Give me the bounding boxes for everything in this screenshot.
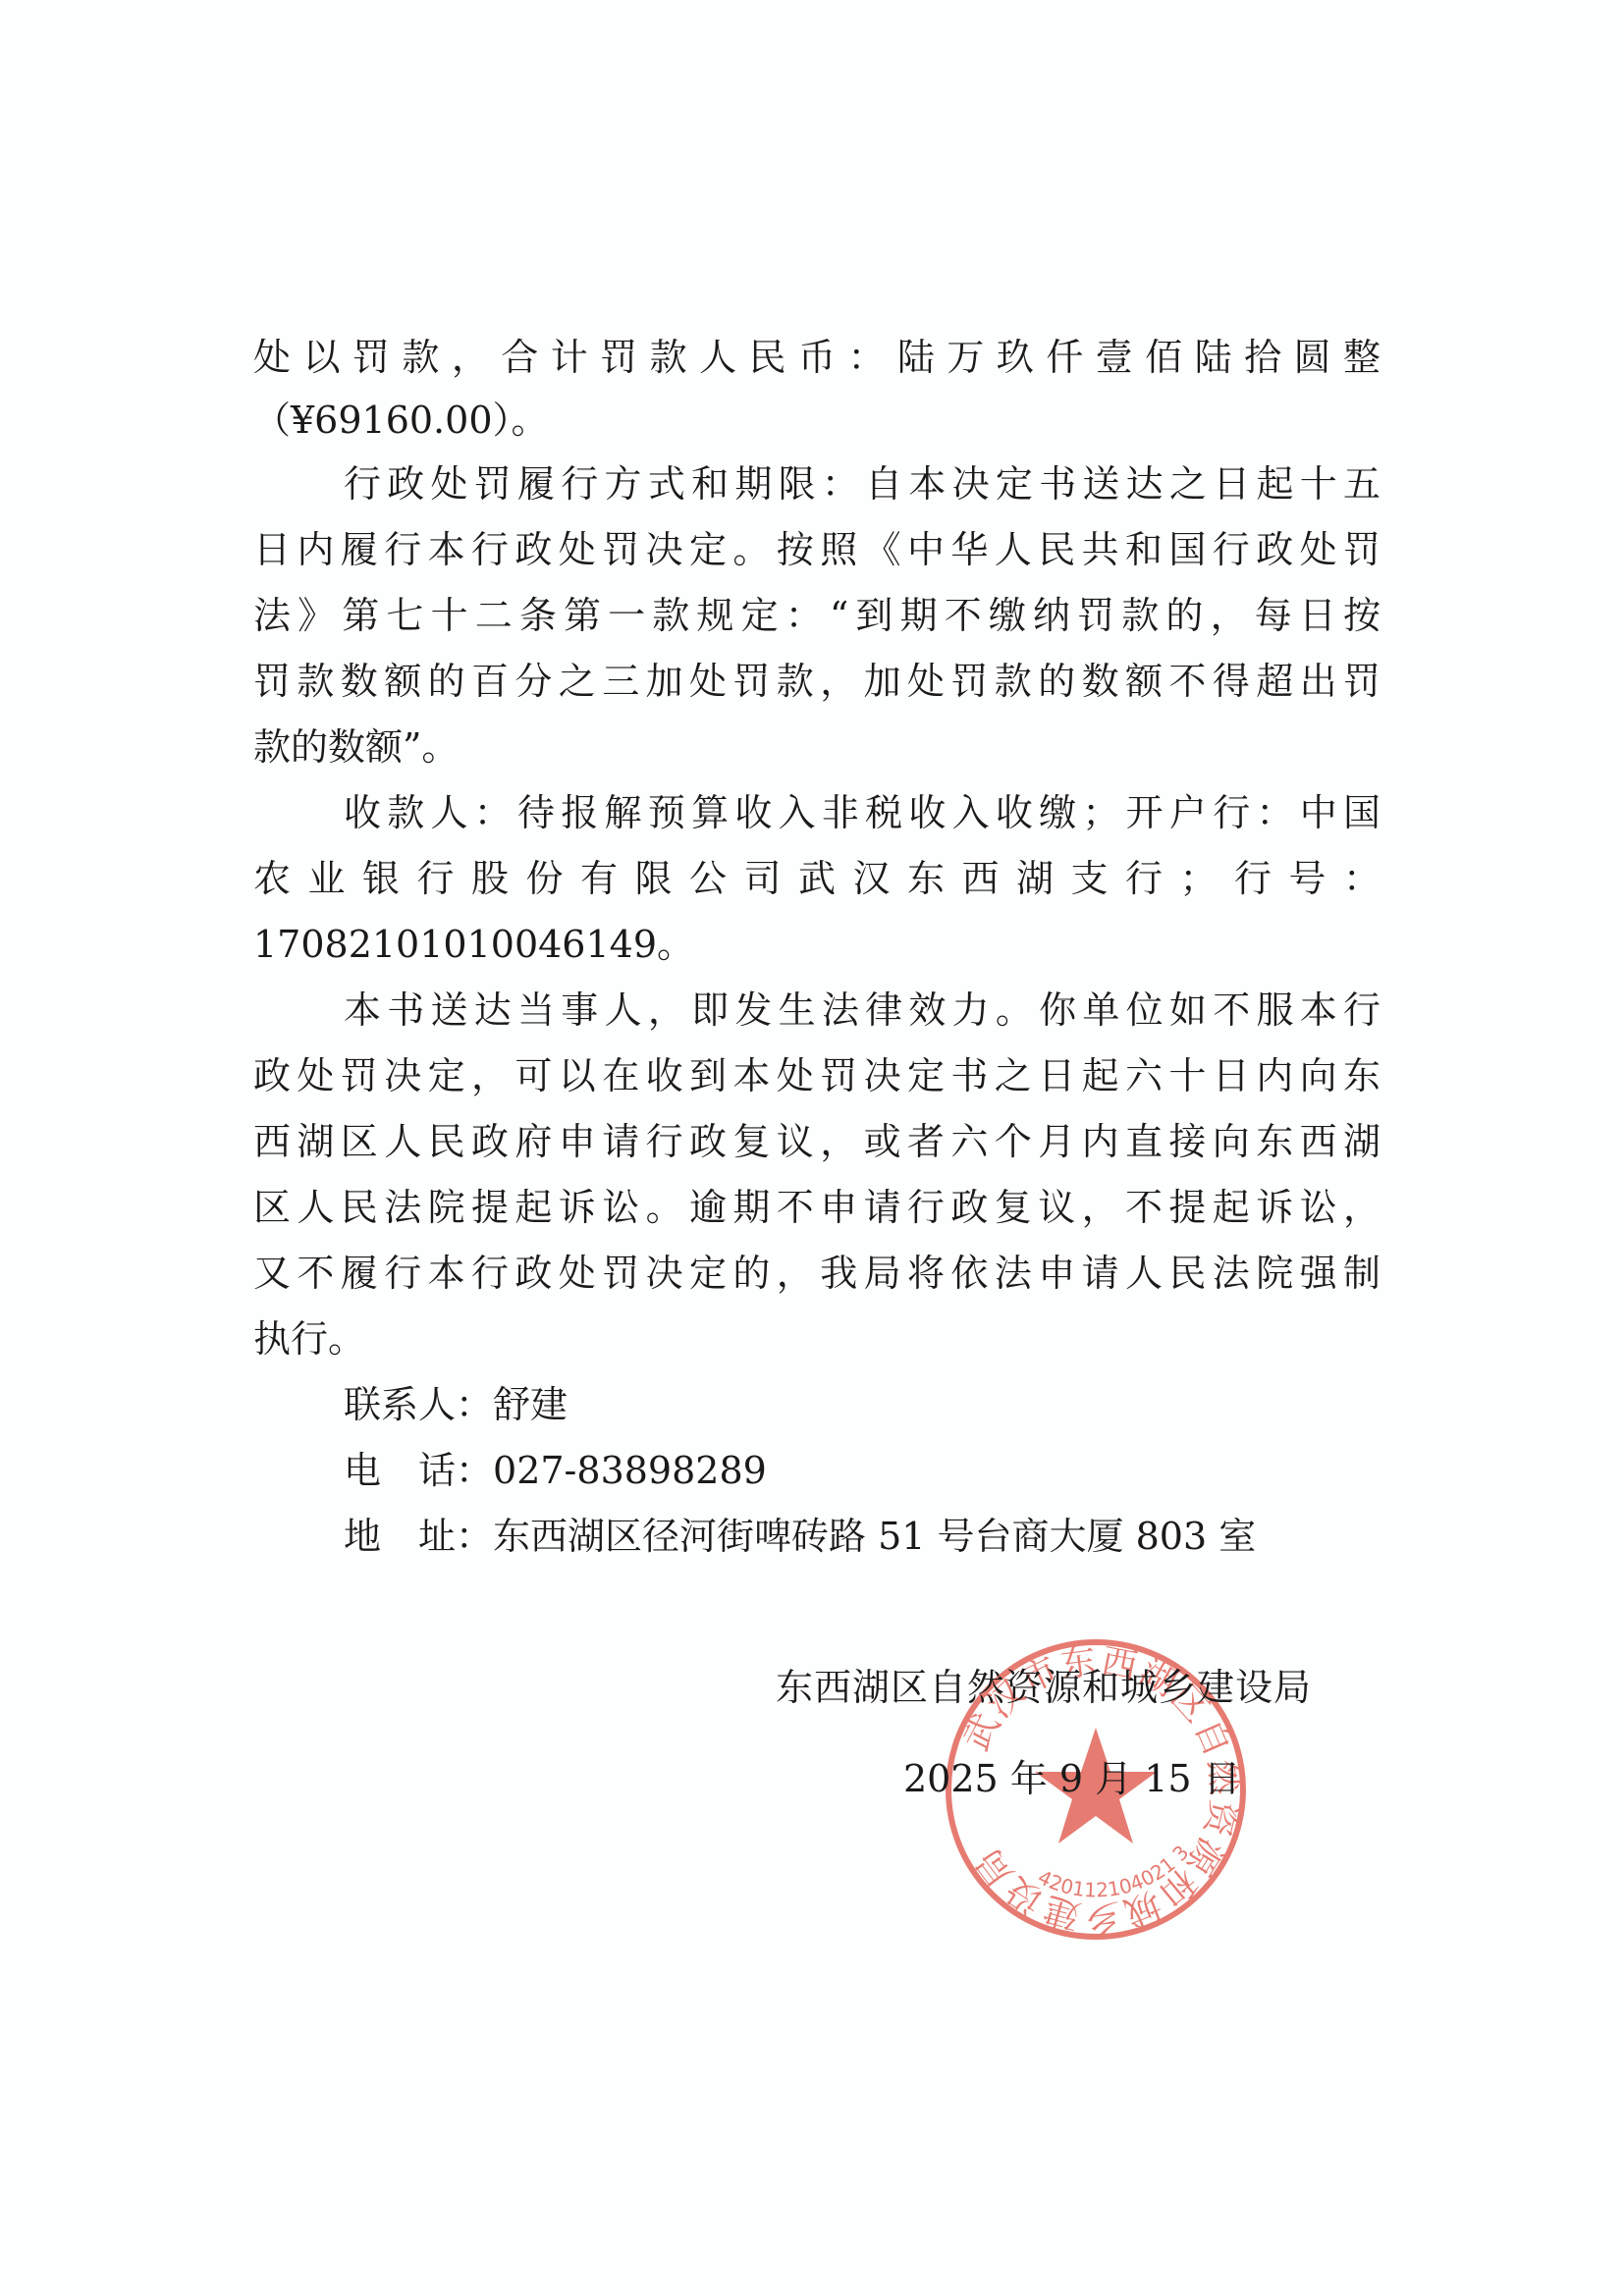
text-line: 17082101010046149。: [253, 923, 694, 966]
text-line: 执行。: [253, 1317, 365, 1361]
text-line: 本书送达当事人，即发生法律效力。你单位如不服本行: [344, 988, 1380, 1032]
text-line: 政处罚决定，可以在收到本处罚决定书之日起六十日内向东: [253, 1054, 1380, 1097]
contact-phone: 电 话：027-83898289: [344, 1449, 767, 1492]
contact-phone-value: 027-83898289: [493, 1449, 767, 1492]
text-line: （¥69160.00）。: [253, 399, 549, 442]
issue-date: 2025 年 9 月 15 日: [903, 1757, 1241, 1800]
text-line: 农业银行股份有限公司武汉东西湖支行；行号：: [253, 857, 1380, 900]
text-line: 处以罚款，合计罚款人民币：陆万玖仟壹佰陆拾圆整: [253, 336, 1380, 379]
issuing-organization: 东西湖区自然资源和城乡建设局: [776, 1666, 1312, 1709]
text-line: 罚款数额的百分之三加处罚款，加处罚款的数额不得超出罚: [253, 660, 1380, 703]
text-line: 法》第七十二条第一款规定：“到期不缴纳罚款的，每日按: [253, 594, 1380, 637]
text-line: 行政处罚履行方式和期限：自本决定书送达之日起十五: [344, 462, 1380, 506]
text-line: 日内履行本行政处罚决定。按照《中华人民共和国行政处罚: [253, 528, 1380, 571]
contact-person: 联系人：舒建: [344, 1383, 568, 1426]
text-line: 款的数额”。: [253, 725, 459, 769]
text-line: 收款人：待报解预算收入非税收入收缴；开户行：中国: [344, 791, 1380, 834]
contact-address-label: 地 址：: [344, 1515, 493, 1558]
text-line: 西湖区人民政府申请行政复议，或者六个月内直接向东西湖: [253, 1120, 1380, 1163]
contact-address: 地 址：东西湖区径河街啤砖路 51 号台商大厦 803 室: [344, 1515, 1256, 1558]
text-line: 又不履行本行政处罚决定的，我局将依法申请人民法院强制: [253, 1252, 1380, 1295]
text-line: 区人民法院提起诉讼。逾期不申请行政复议，不提起诉讼，: [253, 1186, 1380, 1229]
contact-person-label: 联系人：: [344, 1383, 493, 1426]
contact-phone-label: 电 话：: [344, 1449, 493, 1492]
contact-address-value: 东西湖区径河街啤砖路 51 号台商大厦 803 室: [493, 1515, 1256, 1558]
document-page: 处以罚款，合计罚款人民币：陆万玖仟壹佰陆拾圆整 （¥69160.00）。 行政处…: [0, 0, 1624, 2296]
contact-person-value: 舒建: [493, 1383, 568, 1426]
